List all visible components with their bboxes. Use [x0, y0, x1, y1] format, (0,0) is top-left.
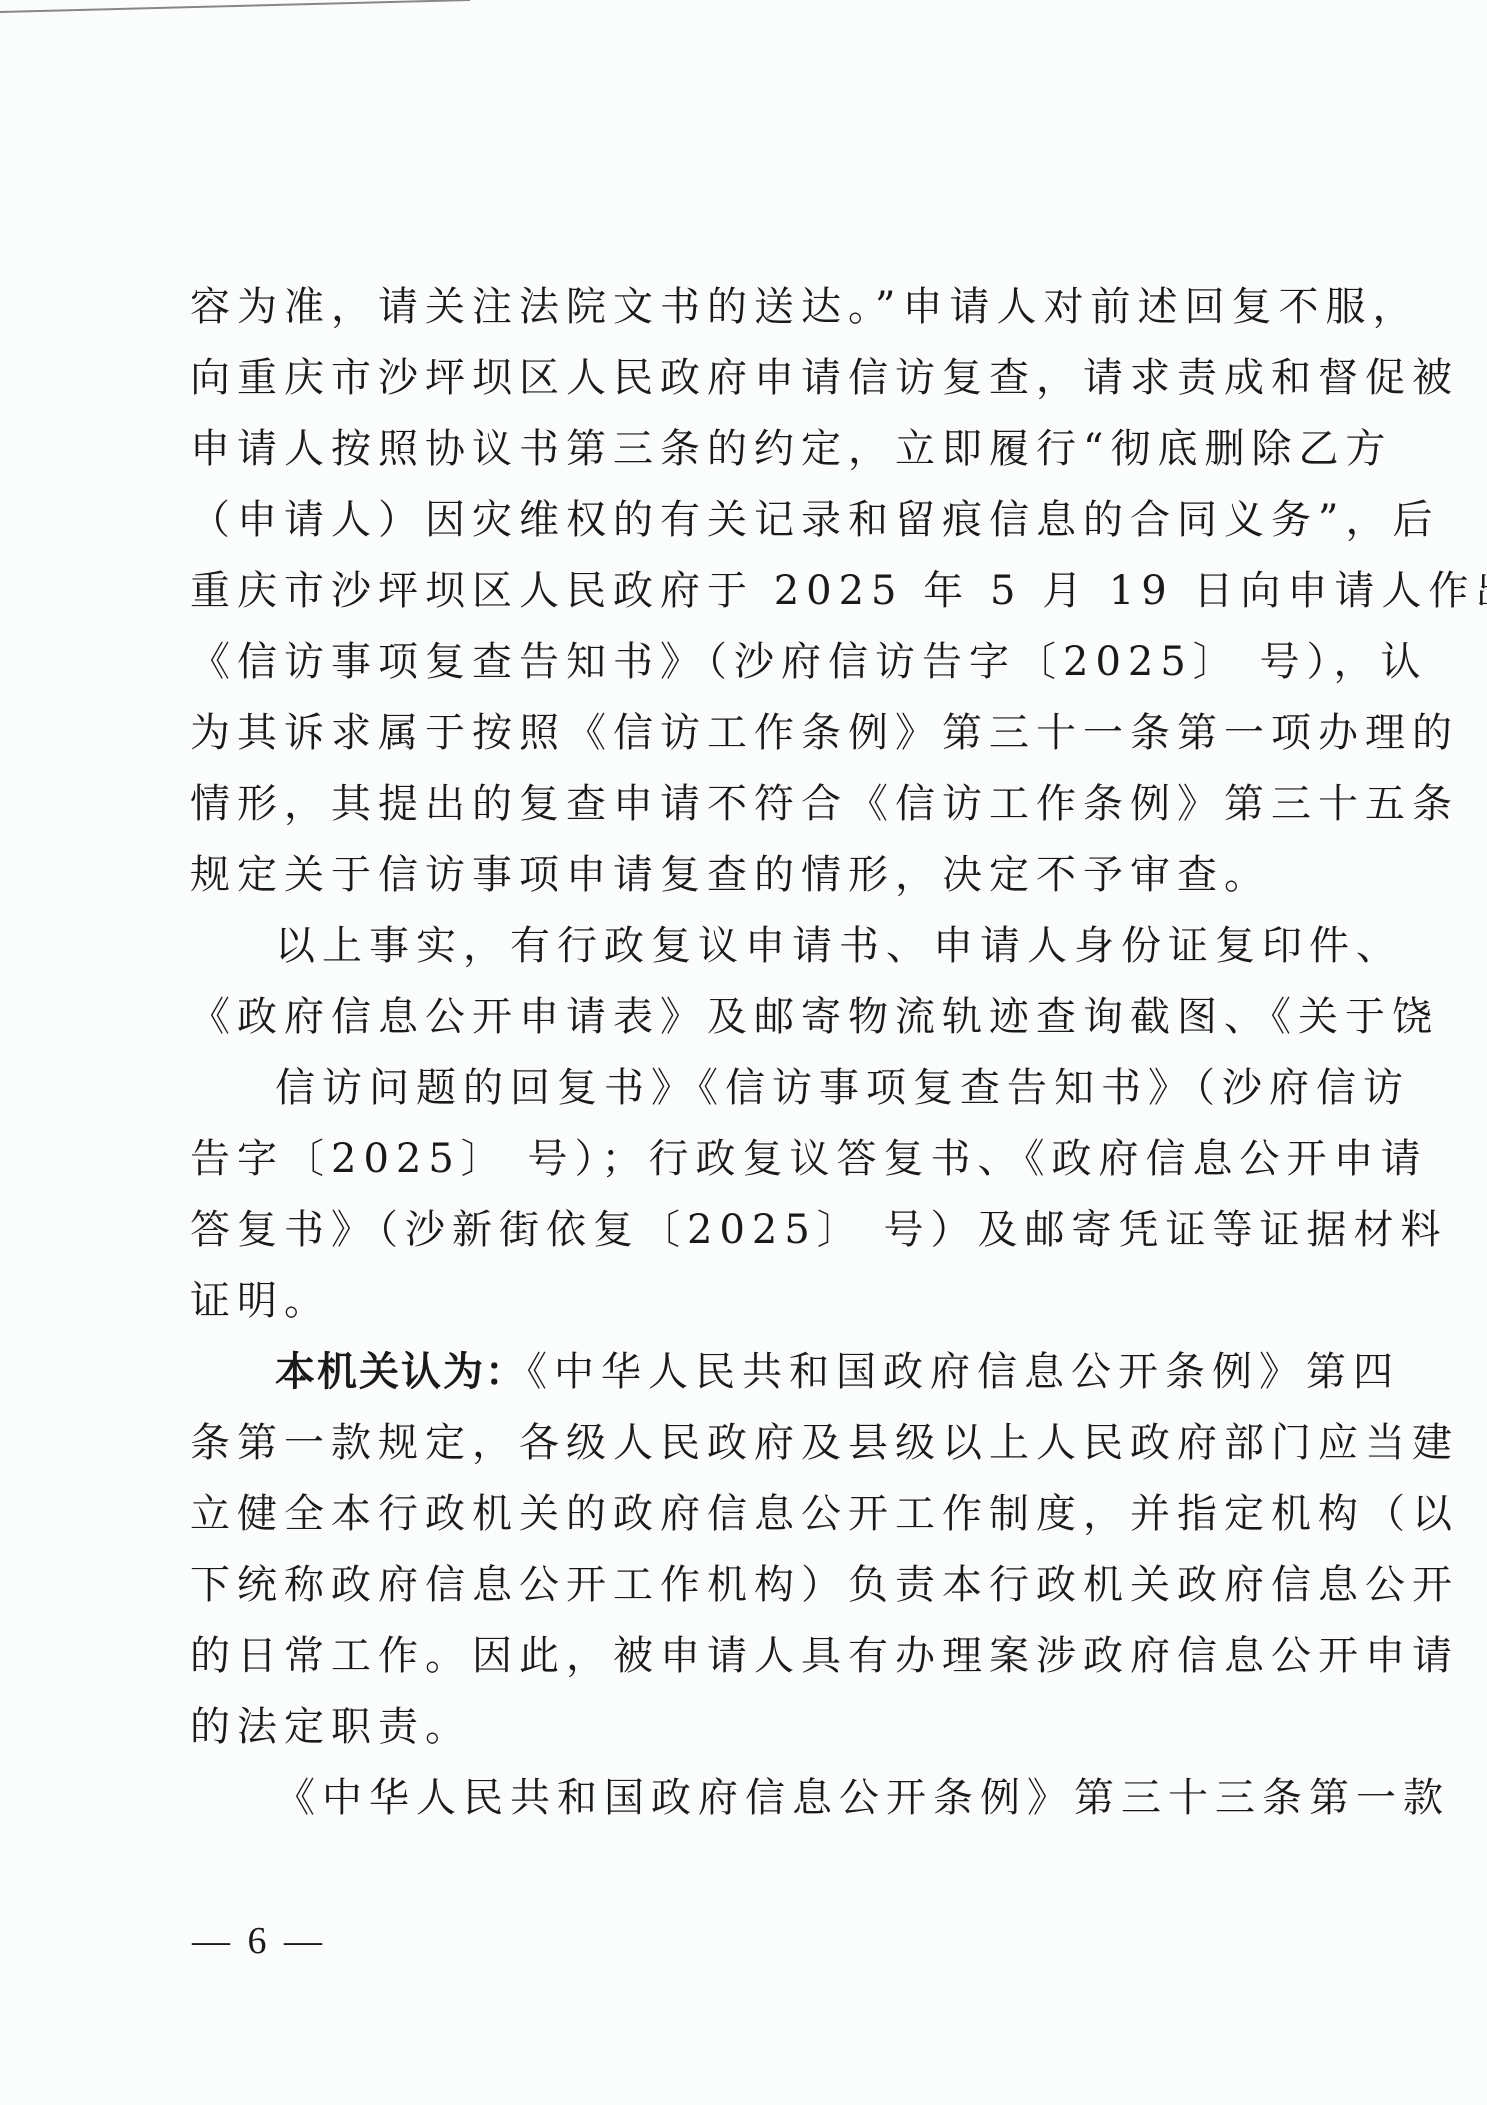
text-line: 情形，其提出的复查申请不符合《信访工作条例》第三十五条	[190, 769, 1300, 840]
text-line: 《信访事项复查告知书》（沙府信访告字〔2025〕 号），认	[190, 627, 1300, 698]
text-line: 申请人按照协议书第三条的约定，立即履行“彻底删除乙方	[190, 414, 1300, 485]
text-line: 的日常工作。因此，被申请人具有办理案涉政府信息公开申请	[190, 1621, 1300, 1692]
text-line: 为其诉求属于按照《信访工作条例》第三十一条第一项办理的	[190, 698, 1300, 769]
text-line: （申请人）因灾维权的有关记录和留痕信息的合同义务”，后	[190, 485, 1300, 556]
text-line: 信访问题的回复书》《信访事项复查告知书》（沙府信访	[190, 1053, 1300, 1124]
text-line: 容为准，请关注法院文书的送达。”申请人对前述回复不服，	[190, 272, 1300, 343]
document-page: 容为准，请关注法院文书的送达。”申请人对前述回复不服， 向重庆市沙坪坝区人民政府…	[190, 272, 1300, 1834]
paragraph-agency-opinion: 本机关认为：《中华人民共和国政府信息公开条例》第四 条第一款规定，各级人民政府及…	[190, 1337, 1300, 1763]
section-heading: 本机关认为：	[275, 1349, 527, 1395]
text-line: 答复书》（沙新街依复〔2025〕 号）及邮寄凭证等证据材料	[190, 1195, 1300, 1266]
text-line: 下统称政府信息公开工作机构）负责本行政机关政府信息公开	[190, 1550, 1300, 1621]
text-line: 的法定职责。	[190, 1692, 1300, 1763]
text-line: 规定关于信访事项申请复查的情形，决定不予审查。	[190, 840, 1300, 911]
text-line: 告字〔2025〕 号）；行政复议答复书、《政府信息公开申请	[190, 1124, 1300, 1195]
paragraph-regulation-article-33: 《中华人民共和国政府信息公开条例》第三十三条第一款	[190, 1763, 1300, 1834]
text-line: 本机关认为：《中华人民共和国政府信息公开条例》第四	[190, 1337, 1300, 1408]
text-line: 重庆市沙坪坝区人民政府于 2025 年 5 月 19 日向申请人作出	[190, 556, 1300, 627]
text-line: 立健全本行政机关的政府信息公开工作制度，并指定机构（以	[190, 1479, 1300, 1550]
text-line: 以上事实，有行政复议申请书、申请人身份证复印件、	[190, 911, 1300, 982]
text-line: 条第一款规定，各级人民政府及县级以上人民政府部门应当建	[190, 1408, 1300, 1479]
paragraph-evidence: 以上事实，有行政复议申请书、申请人身份证复印件、 《政府信息公开申请表》及邮寄物…	[190, 911, 1300, 1337]
paragraph-petition-review: 容为准，请关注法院文书的送达。”申请人对前述回复不服， 向重庆市沙坪坝区人民政府…	[190, 272, 1300, 911]
scan-edge-artifact	[0, 0, 520, 20]
page-number: — 6 —	[192, 1916, 326, 1966]
text-line: 证明。	[190, 1266, 1300, 1337]
text-line: 向重庆市沙坪坝区人民政府申请信访复查，请求责成和督促被	[190, 343, 1300, 414]
text-line: 《中华人民共和国政府信息公开条例》第三十三条第一款	[190, 1763, 1300, 1834]
text-line: 《政府信息公开申请表》及邮寄物流轨迹查询截图、《关于饶	[190, 982, 1300, 1053]
text-segment: 《中华人民共和国政府信息公开条例》第四	[527, 1349, 1400, 1395]
